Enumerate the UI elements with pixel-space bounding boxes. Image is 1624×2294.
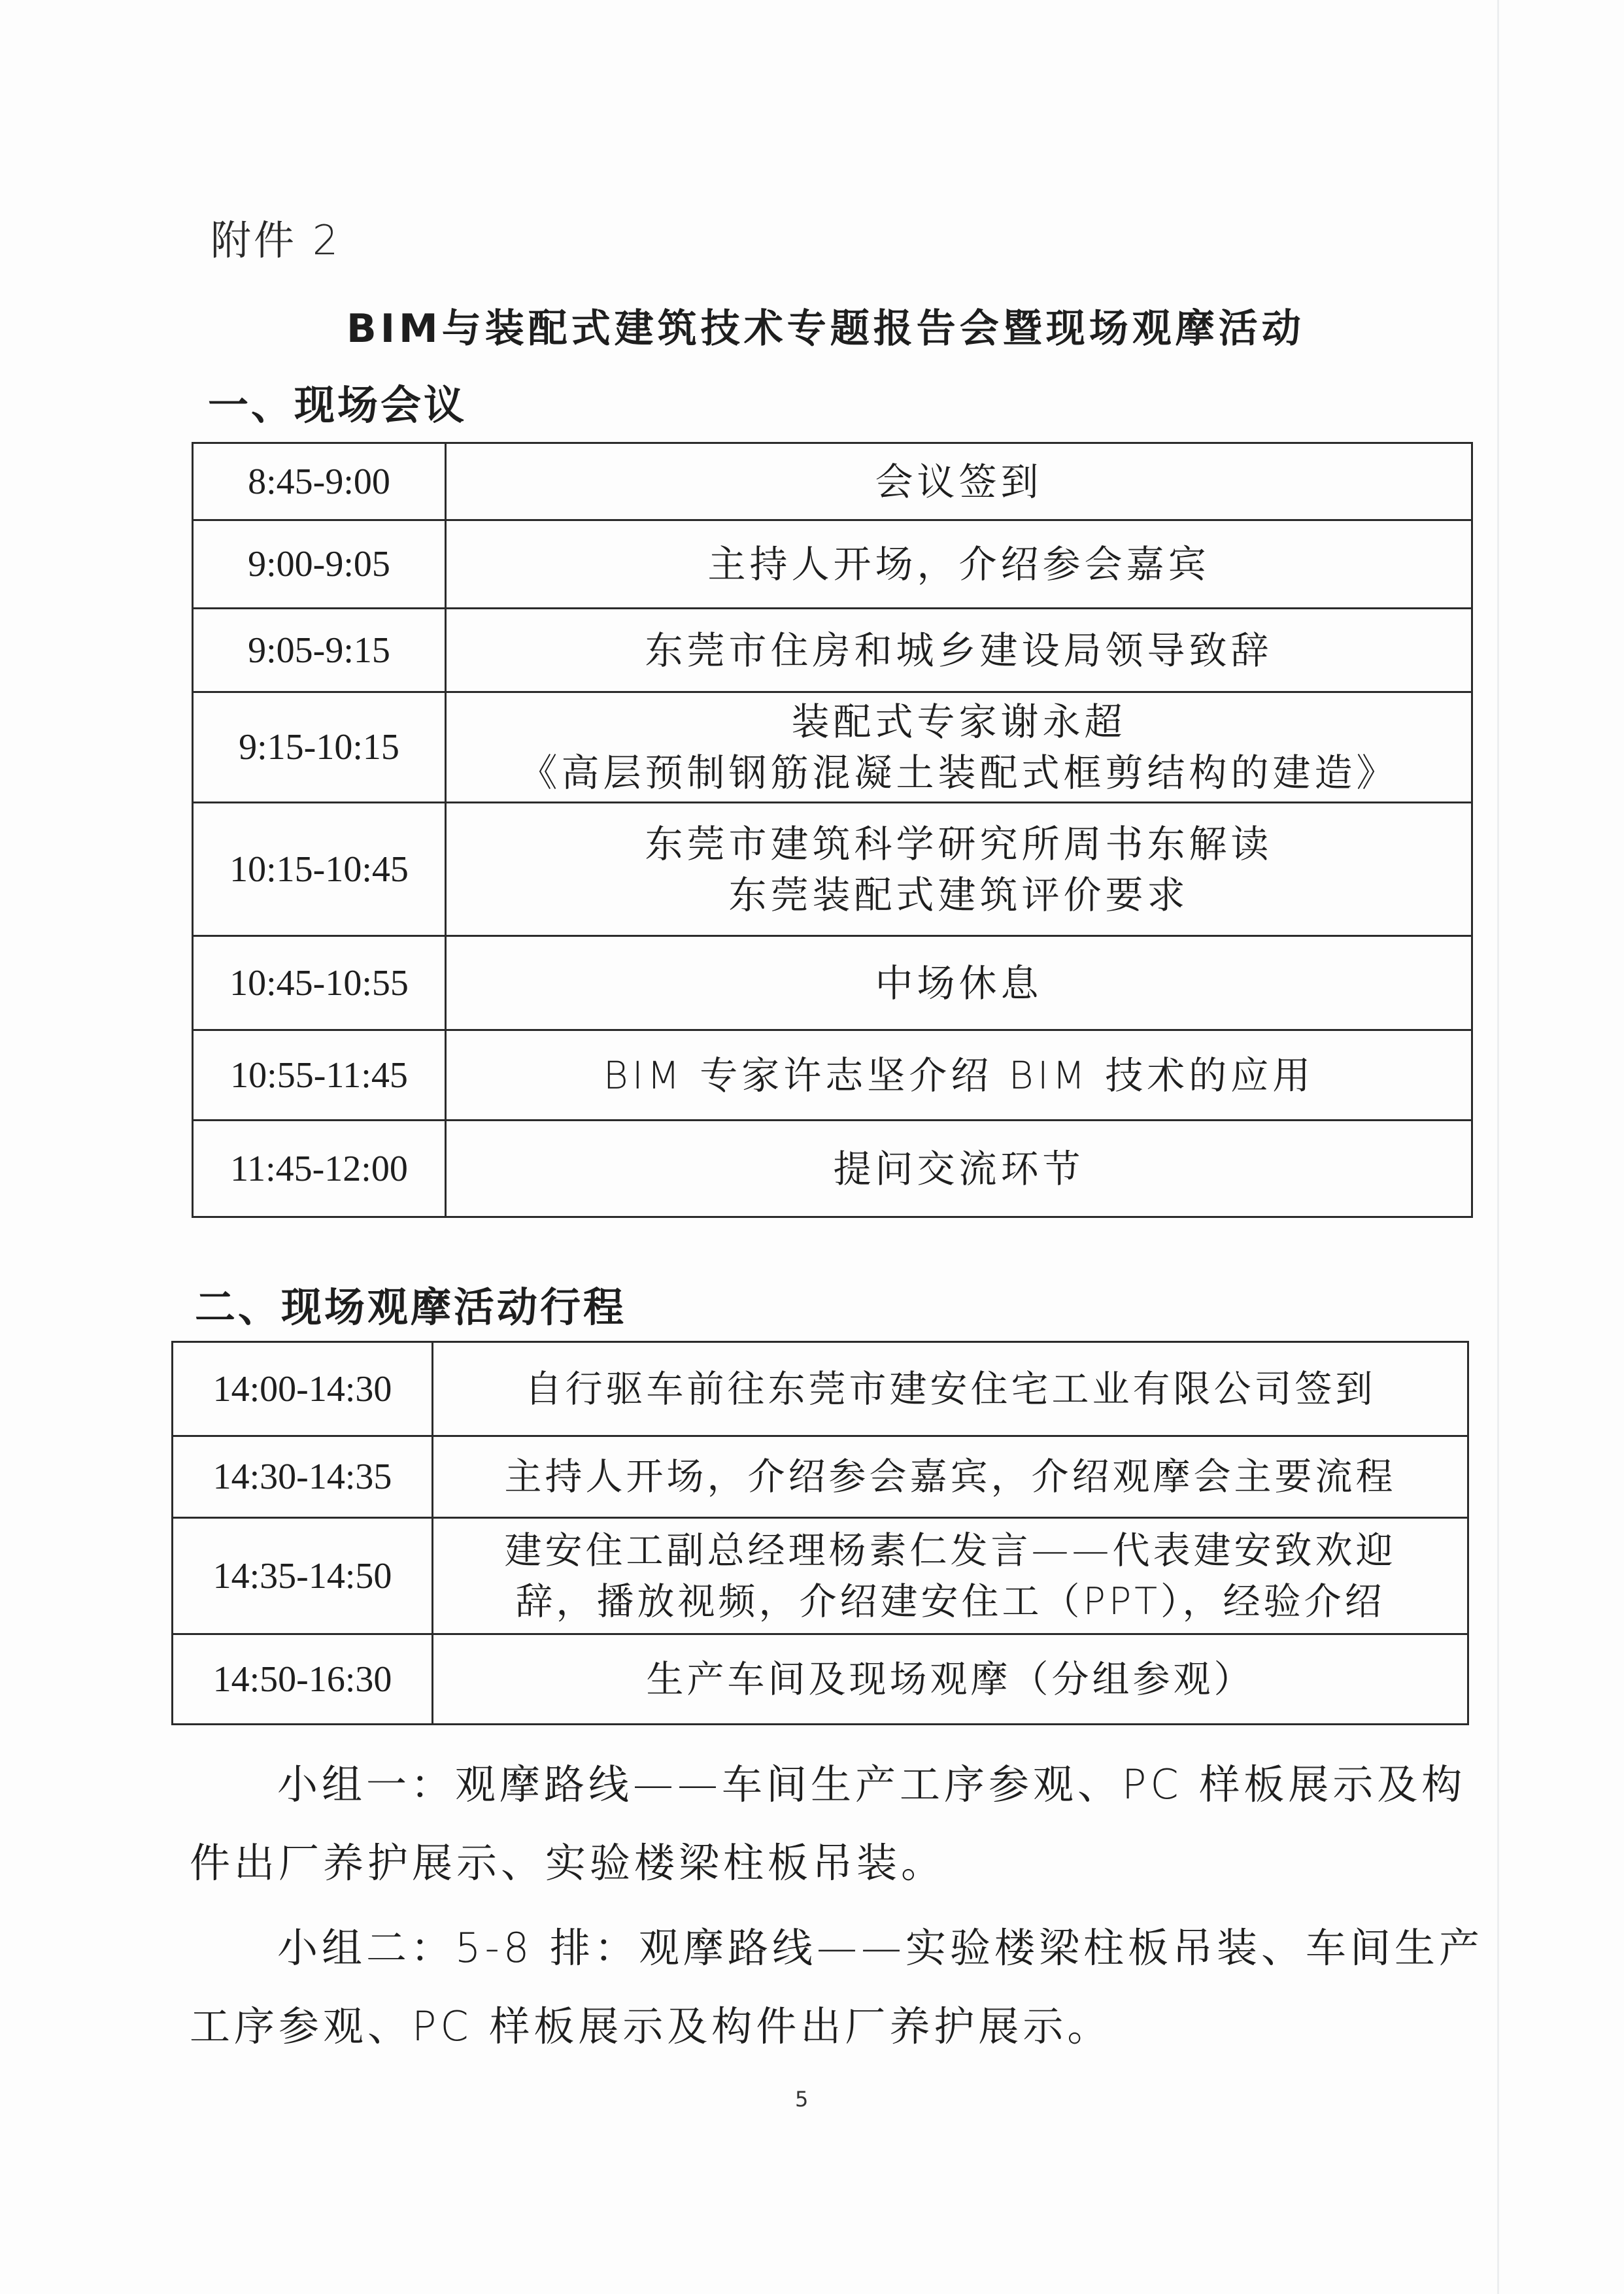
table-row: 9:05-9:15 东莞市住房和城乡建设局领导致辞 bbox=[193, 609, 1472, 692]
time-cell: 9:15-10:15 bbox=[193, 692, 446, 803]
time-cell: 8:45-9:00 bbox=[193, 443, 446, 520]
page-number: 5 bbox=[795, 2087, 808, 2112]
attachment-label: 附件 2 bbox=[211, 208, 341, 266]
activity-line: 主持人开场，介绍参会嘉宾 bbox=[453, 539, 1464, 590]
activity-cell: 会议签到 bbox=[446, 443, 1472, 520]
time-cell: 14:50-16:30 bbox=[173, 1634, 433, 1725]
activity-line: 自行驱车前往东莞市建安住宅工业有限公司签到 bbox=[440, 1364, 1461, 1415]
activity-line: 生产车间及现场观摩（分组参观） bbox=[440, 1654, 1461, 1705]
activity-cell: 东莞市建筑科学研究所周书东解读 东莞装配式建筑评价要求 bbox=[446, 803, 1472, 936]
meeting-schedule-table: 8:45-9:00 会议签到 9:00-9:05 主持人开场，介绍参会嘉宾 9:… bbox=[192, 442, 1473, 1218]
activity-cell: BIM 专家许志坚介绍 BIM 技术的应用 bbox=[446, 1030, 1472, 1121]
group-one-route-line1: 小组一：观摩路线——车间生产工序参观、PC 样板展示及构 bbox=[277, 1752, 1466, 1810]
time-cell: 11:45-12:00 bbox=[193, 1121, 446, 1217]
time-cell: 10:55-11:45 bbox=[193, 1030, 446, 1121]
table-row: 14:50-16:30 生产车间及现场观摩（分组参观） bbox=[173, 1634, 1468, 1725]
section-heading-meeting: 一、现场会议 bbox=[208, 373, 467, 431]
section-heading-site-visit: 二、现场观摩活动行程 bbox=[195, 1275, 626, 1333]
activity-line: 提问交流环节 bbox=[453, 1143, 1464, 1194]
activity-line: 东莞装配式建筑评价要求 bbox=[453, 869, 1464, 920]
table-row: 8:45-9:00 会议签到 bbox=[193, 443, 1472, 520]
time-cell: 9:00-9:05 bbox=[193, 520, 446, 609]
site-visit-schedule-table: 14:00-14:30 自行驱车前往东莞市建安住宅工业有限公司签到 14:30-… bbox=[171, 1341, 1469, 1725]
activity-cell: 东莞市住房和城乡建设局领导致辞 bbox=[446, 609, 1472, 692]
time-cell: 10:15-10:45 bbox=[193, 803, 446, 936]
activity-line: 会议签到 bbox=[453, 456, 1464, 507]
time-cell: 9:05-9:15 bbox=[193, 609, 446, 692]
activity-cell: 主持人开场，介绍参会嘉宾 bbox=[446, 520, 1472, 609]
table-row: 14:35-14:50 建安住工副总经理杨素仁发言——代表建安致欢迎 辞，播放视… bbox=[173, 1518, 1468, 1634]
group-two-route-line1: 小组二：5-8 排：观摩路线——实验楼梁柱板吊装、车间生产 bbox=[277, 1915, 1483, 1974]
table-row: 10:55-11:45 BIM 专家许志坚介绍 BIM 技术的应用 bbox=[193, 1030, 1472, 1121]
time-cell: 14:30-14:35 bbox=[173, 1436, 433, 1518]
activity-line: 东莞市住房和城乡建设局领导致辞 bbox=[453, 625, 1464, 676]
activity-cell: 装配式专家谢永超 《高层预制钢筋混凝土装配式框剪结构的建造》 bbox=[446, 692, 1472, 803]
activity-line: 辞，播放视频，介绍建安住工（PPT），经验介绍 bbox=[440, 1576, 1461, 1627]
time-cell: 14:35-14:50 bbox=[173, 1518, 433, 1634]
group-two-route-line2: 工序参观、PC 样板展示及构件出厂养护展示。 bbox=[190, 1994, 1111, 2052]
activity-cell: 生产车间及现场观摩（分组参观） bbox=[433, 1634, 1468, 1725]
activity-cell: 自行驱车前往东莞市建安住宅工业有限公司签到 bbox=[433, 1342, 1468, 1436]
table-row: 10:15-10:45 东莞市建筑科学研究所周书东解读 东莞装配式建筑评价要求 bbox=[193, 803, 1472, 936]
table-row: 9:00-9:05 主持人开场，介绍参会嘉宾 bbox=[193, 520, 1472, 609]
document-title: BIM与装配式建筑技术专题报告会暨现场观摩活动 bbox=[347, 297, 1305, 354]
table-row: 14:30-14:35 主持人开场，介绍参会嘉宾，介绍观摩会主要流程 bbox=[173, 1436, 1468, 1518]
activity-line: 建安住工副总经理杨素仁发言——代表建安致欢迎 bbox=[440, 1525, 1461, 1576]
activity-line: 《高层预制钢筋混凝土装配式框剪结构的建造》 bbox=[453, 747, 1464, 798]
table-row: 10:45-10:55 中场休息 bbox=[193, 936, 1472, 1030]
activity-line: 主持人开场，介绍参会嘉宾，介绍观摩会主要流程 bbox=[440, 1451, 1461, 1502]
scan-edge-artifact bbox=[1497, 0, 1499, 2294]
table-row: 14:00-14:30 自行驱车前往东莞市建安住宅工业有限公司签到 bbox=[173, 1342, 1468, 1436]
activity-line: 装配式专家谢永超 bbox=[453, 696, 1464, 747]
activity-line: BIM 专家许志坚介绍 BIM 技术的应用 bbox=[453, 1050, 1464, 1101]
table-row: 11:45-12:00 提问交流环节 bbox=[193, 1121, 1472, 1217]
activity-line: 中场休息 bbox=[453, 958, 1464, 1009]
activity-cell: 主持人开场，介绍参会嘉宾，介绍观摩会主要流程 bbox=[433, 1436, 1468, 1518]
activity-cell: 中场休息 bbox=[446, 936, 1472, 1030]
table-row: 9:15-10:15 装配式专家谢永超 《高层预制钢筋混凝土装配式框剪结构的建造… bbox=[193, 692, 1472, 803]
time-cell: 10:45-10:55 bbox=[193, 936, 446, 1030]
activity-cell: 提问交流环节 bbox=[446, 1121, 1472, 1217]
group-one-route-line2: 件出厂养护展示、实验楼梁柱板吊装。 bbox=[190, 1830, 945, 1889]
time-cell: 14:00-14:30 bbox=[173, 1342, 433, 1436]
activity-cell: 建安住工副总经理杨素仁发言——代表建安致欢迎 辞，播放视频，介绍建安住工（PPT… bbox=[433, 1518, 1468, 1634]
activity-line: 东莞市建筑科学研究所周书东解读 bbox=[453, 818, 1464, 869]
